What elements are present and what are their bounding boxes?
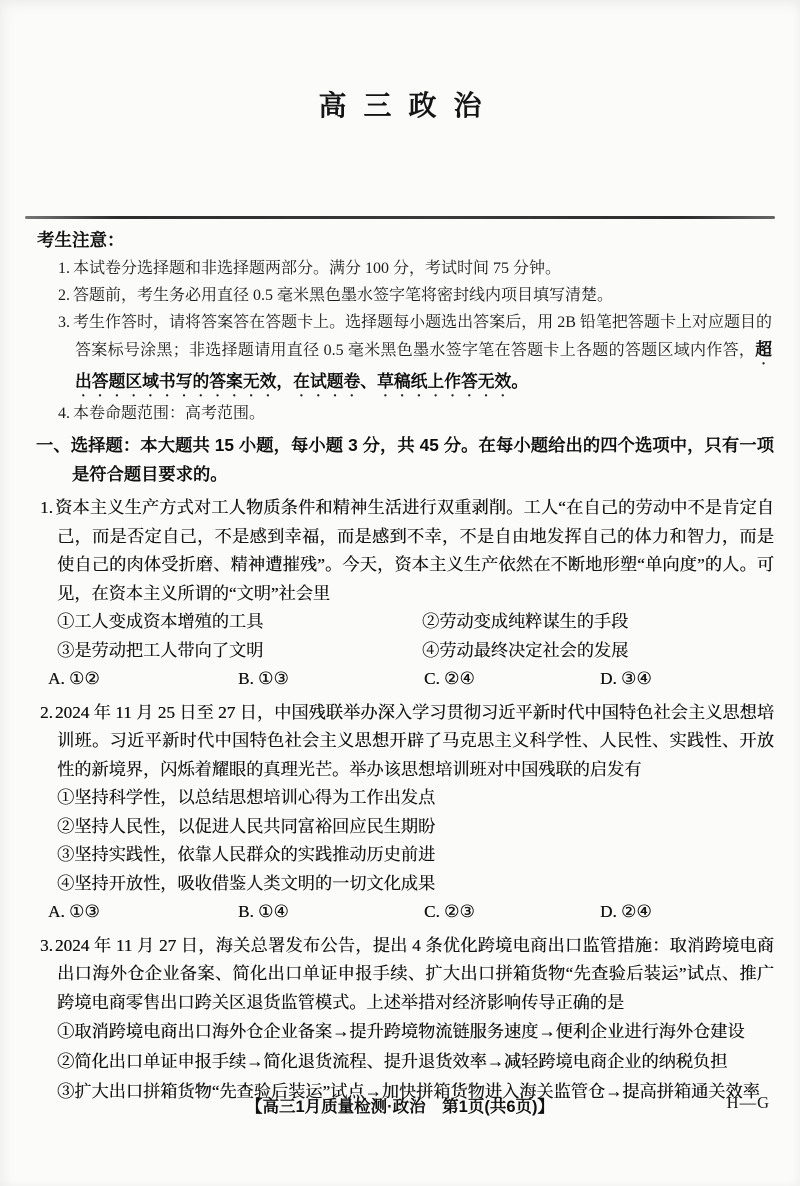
answer-choice-c: C. ②③	[424, 898, 600, 927]
question-number: 1.	[40, 498, 53, 517]
notice-item-text: 考生作答时，请将答案答在答题卡上。选择题每小题选出答案后，用 2B 铅笔把答题卡…	[73, 314, 772, 359]
candidate-notice-list: 1.本试卷分选择题和非选择题两部分。满分 100 分，考试时间 75 分钟。 2…	[58, 255, 772, 427]
option-2: ②劳动变成纯粹谋生的手段	[422, 608, 774, 637]
paper-code: H—G	[727, 1093, 770, 1113]
notice-item-2: 2.答题前，考生务必用直径 0.5 毫米黑色墨水签字笔将密封线内项目填写清楚。	[58, 282, 772, 309]
notice-item-number: 4.	[58, 405, 70, 422]
option-4: ④劳动最终决定社会的发展	[422, 637, 774, 666]
option-2: ②坚持人民性，以促进人民共同富裕回应民生期盼	[57, 813, 774, 842]
question-text: 2024 年 11 月 25 日至 27 日，中国残联举办深入学习贯彻习近平新时…	[55, 703, 774, 779]
header-divider-line	[25, 216, 775, 219]
question-options: ①坚持科学性，以总结思想培训心得为工作出发点 ②坚持人民性，以促进人民共同富裕回…	[57, 784, 774, 898]
notice-item-number: 3.	[58, 314, 70, 331]
question-3: 3.2024 年 11 月 27 日，海关总署发布公告，提出 4 条优化跨境电商…	[40, 932, 774, 1108]
notice-item-text: 本试卷分选择题和非选择题两部分。满分 100 分，考试时间 75 分钟。	[73, 260, 561, 277]
notice-item-1: 1.本试卷分选择题和非选择题两部分。满分 100 分，考试时间 75 分钟。	[58, 255, 772, 282]
answer-choice-a: A. ①③	[48, 898, 238, 927]
answer-choice-d: D. ③④	[600, 665, 774, 694]
page-title: 高三政治	[0, 0, 800, 124]
option-1: ①工人变成资本增殖的工具	[57, 608, 422, 637]
answer-choice-b: B. ①③	[238, 665, 424, 694]
question-text: 2024 年 11 月 27 日，海关总署发布公告，提出 4 条优化跨境电商出口…	[55, 936, 774, 1012]
notice-item-number: 1.	[58, 260, 70, 277]
question-1: 1.资本主义生产方式对工人物质条件和精神生活进行双重剥削。工人“在自己的劳动中不…	[40, 494, 774, 694]
notice-item-text: 本卷命题范围：高考范围。	[73, 405, 265, 422]
answer-choice-d: D. ②④	[600, 898, 774, 927]
question-options: ①工人变成资本增殖的工具 ②劳动变成纯粹谋生的手段 ③是劳动把工人带向了文明 ④…	[57, 608, 774, 665]
question-stem: 3.2024 年 11 月 27 日，海关总署发布公告，提出 4 条优化跨境电商…	[40, 932, 774, 1018]
option-4: ④坚持开放性，吸收借鉴人类文明的一切文化成果	[57, 870, 774, 899]
answer-choice-a: A. ①②	[48, 665, 238, 694]
option-2: ②简化出口单证申报手续→简化退货流程、提升退货效率→减轻跨境电商企业的纳税负担	[57, 1047, 774, 1077]
question-2: 2.2024 年 11 月 25 日至 27 日，中国残联举办深入学习贯彻习近平…	[40, 699, 774, 927]
footer-page-label: 【高三1月质量检测·政治 第1页(共6页)】	[0, 1093, 800, 1117]
option-1: ①坚持科学性，以总结思想培训心得为工作出发点	[57, 784, 774, 813]
question-text: 资本主义生产方式对工人物质条件和精神生活进行双重剥削。工人“在自己的劳动中不是肯…	[55, 498, 774, 603]
answer-choices: A. ①② B. ①③ C. ②④ D. ③④	[48, 665, 774, 694]
question-number: 2.	[40, 703, 53, 722]
page-footer: 【高三1月质量检测·政治 第1页(共6页)】 H—G	[0, 1093, 800, 1117]
answer-choices: A. ①③ B. ①④ C. ②③ D. ②④	[48, 898, 774, 927]
notice-item-text: 答题前，考生务必用直径 0.5 毫米黑色墨水签字笔将密封线内项目填写清楚。	[73, 287, 613, 304]
answer-choice-b: B. ①④	[238, 898, 424, 927]
notice-heading: 考生注意：	[37, 227, 800, 252]
option-3: ③坚持实践性，依靠人民群众的实践推动历史前进	[57, 841, 774, 870]
section-heading: 一、选择题：本大题共 15 小题，每小题 3 分，共 45 分。在每小题给出的四…	[36, 431, 774, 489]
question-number: 3.	[40, 936, 53, 955]
notice-item-4: 4.本卷命题范围：高考范围。	[58, 400, 772, 427]
question-stem: 1.资本主义生产方式对工人物质条件和精神生活进行双重剥削。工人“在自己的劳动中不…	[40, 494, 774, 608]
option-3: ③是劳动把工人带向了文明	[57, 637, 422, 666]
option-1: ①取消跨境电商出口海外仓企业备案→提升跨境物流链服务速度→便利企业进行海外仓建设	[57, 1017, 774, 1047]
notice-item-3: 3.考生作答时，请将答案答在答题卡上。选择题每小题选出答案后，用 2B 铅笔把答…	[58, 309, 772, 400]
question-stem: 2.2024 年 11 月 25 日至 27 日，中国残联举办深入学习贯彻习近平…	[40, 699, 774, 785]
answer-choice-c: C. ②④	[424, 665, 600, 694]
notice-item-number: 2.	[58, 287, 70, 304]
